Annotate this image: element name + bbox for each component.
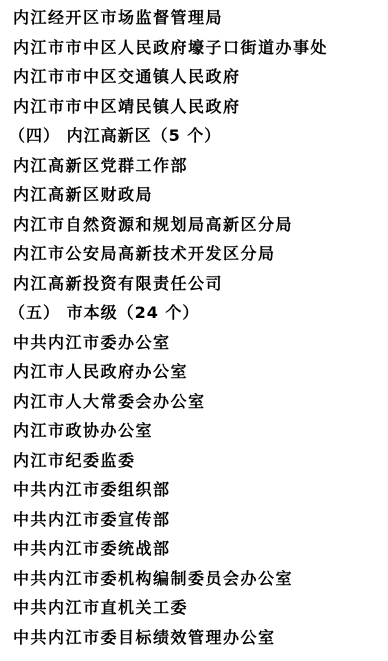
org-list-item: 中共内江市委办公室 xyxy=(13,328,382,358)
org-list-item: 中共内江市委目标绩效管理办公室 xyxy=(13,623,382,653)
org-list-item: 中共内江市委统战部 xyxy=(13,534,382,564)
org-list-item: 内江市人大常委会办公室 xyxy=(13,387,382,417)
org-list-item: 内江市人民政府办公室 xyxy=(13,357,382,387)
org-list-item: 内江市纪委监委 xyxy=(13,446,382,476)
org-list-item: 内江市政协办公室 xyxy=(13,416,382,446)
org-list-item: 中共内江市委组织部 xyxy=(13,475,382,505)
document-page: 内江经开区市场监督管理局内江市市中区人民政府壕子口街道办事处内江市市中区交通镇人… xyxy=(0,0,388,661)
org-list-item: 内江高新投资有限责任公司 xyxy=(13,269,382,299)
org-list-item: 内江高新区党群工作部 xyxy=(13,151,382,181)
org-list-item: 中共内江市直机关工委 xyxy=(13,593,382,623)
org-list-item: 内江经开区市场监督管理局 xyxy=(13,3,382,33)
org-list-item: 内江市市中区靖民镇人民政府 xyxy=(13,92,382,122)
org-list-item: 内江市市中区人民政府壕子口街道办事处 xyxy=(13,33,382,63)
org-list-item: 内江市市中区交通镇人民政府 xyxy=(13,62,382,92)
org-list: 内江经开区市场监督管理局内江市市中区人民政府壕子口街道办事处内江市市中区交通镇人… xyxy=(13,3,382,652)
org-list-item: 中共内江市委机构编制委员会办公室 xyxy=(13,564,382,594)
org-list-item: 中共内江市委宣传部 xyxy=(13,505,382,535)
section-header: （五） 市本级（24 个） xyxy=(9,298,382,328)
org-list-item: 内江高新区财政局 xyxy=(13,180,382,210)
org-list-item: 内江市自然资源和规划局高新区分局 xyxy=(13,210,382,240)
org-list-item: 内江市公安局高新技术开发区分局 xyxy=(13,239,382,269)
section-header: （四） 内江高新区（5 个） xyxy=(9,121,382,151)
